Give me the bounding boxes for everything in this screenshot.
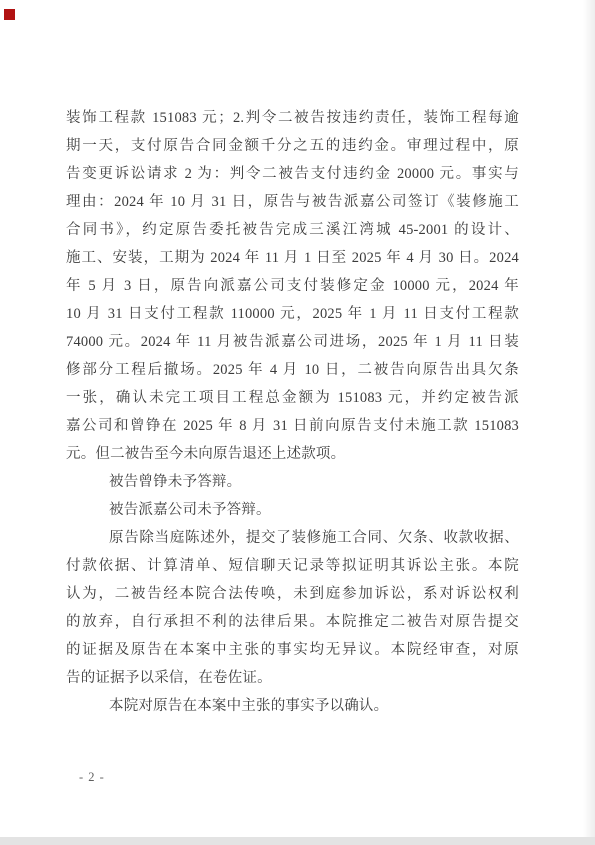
text-line: 年 5 月 3 日，原告向派嘉公司支付装修定金 10000 元，2024 年	[66, 272, 519, 300]
text-line: 期一天，支付原告合同金额千分之五的违约金。审理过程中，原	[66, 132, 519, 160]
paragraph: 原告除当庭陈述外，提交了装修施工合同、欠条、收款收据、付款依据、计算清单、短信聊…	[66, 524, 519, 692]
text-line: 嘉公司和曾铮在 2025 年 8 月 31 日前向原告支付未施工款 151083	[66, 412, 519, 440]
red-stamp-marker	[4, 9, 15, 20]
document-body: 装饰工程款 151083 元；2.判令二被告按违约责任，装饰工程每逾期一天，支付…	[66, 104, 519, 720]
page-number: - 2 -	[79, 769, 105, 785]
text-line: 被告曾铮未予答辩。	[66, 468, 519, 496]
text-line: 的放弃，自行承担不利的法律后果。本院推定二被告对原告提交	[66, 608, 519, 636]
text-line: 10 月 31 日支付工程款 110000 元，2025 年 1 月 11 日支…	[66, 300, 519, 328]
page-edge-shadow	[583, 0, 595, 837]
background-strip	[0, 837, 595, 845]
text-line: 被告派嘉公司未予答辩。	[66, 496, 519, 524]
text-line: 认为，二被告经本院合法传唤，未到庭参加诉讼，系对诉讼权利	[66, 580, 519, 608]
text-line: 合同书》，约定原告委托被告完成三溪江湾城 45-2001 的设计、	[66, 216, 519, 244]
text-line: 装饰工程款 151083 元；2.判令二被告按违约责任，装饰工程每逾	[66, 104, 519, 132]
text-line: 一张，确认未完工项目工程总金额为 151083 元，并约定被告派	[66, 384, 519, 412]
text-line: 施工、安装，工期为 2024 年 11 月 1 日至 2025 年 4 月 30…	[66, 244, 519, 272]
text-line: 本院对原告在本案中主张的事实予以确认。	[66, 692, 519, 720]
text-line: 原告除当庭陈述外，提交了装修施工合同、欠条、收款收据、	[66, 524, 519, 552]
text-line: 74000 元。2024 年 11 月被告派嘉公司进场，2025 年 1 月 1…	[66, 328, 519, 356]
text-line: 修部分工程后撤场。2025 年 4 月 10 日，二被告向原告出具欠条	[66, 356, 519, 384]
paragraph: 装饰工程款 151083 元；2.判令二被告按违约责任，装饰工程每逾期一天，支付…	[66, 104, 519, 468]
paragraph: 被告派嘉公司未予答辩。	[66, 496, 519, 524]
text-line: 元。但二被告至今未向原告退还上述款项。	[66, 440, 519, 468]
text-line: 告变更诉讼请求 2 为：判令二被告支付违约金 20000 元。事实与	[66, 160, 519, 188]
document-page: 装饰工程款 151083 元；2.判令二被告按违约责任，装饰工程每逾期一天，支付…	[0, 0, 595, 845]
paragraph: 本院对原告在本案中主张的事实予以确认。	[66, 692, 519, 720]
paragraph: 被告曾铮未予答辩。	[66, 468, 519, 496]
text-line: 付款依据、计算清单、短信聊天记录等拟证明其诉讼主张。本院	[66, 552, 519, 580]
text-line: 告的证据予以采信，在卷佐证。	[66, 664, 519, 692]
text-line: 的证据及原告在本案中主张的事实均无异议。本院经审查，对原	[66, 636, 519, 664]
text-line: 理由：2024 年 10 月 31 日，原告与被告派嘉公司签订《装修施工	[66, 188, 519, 216]
